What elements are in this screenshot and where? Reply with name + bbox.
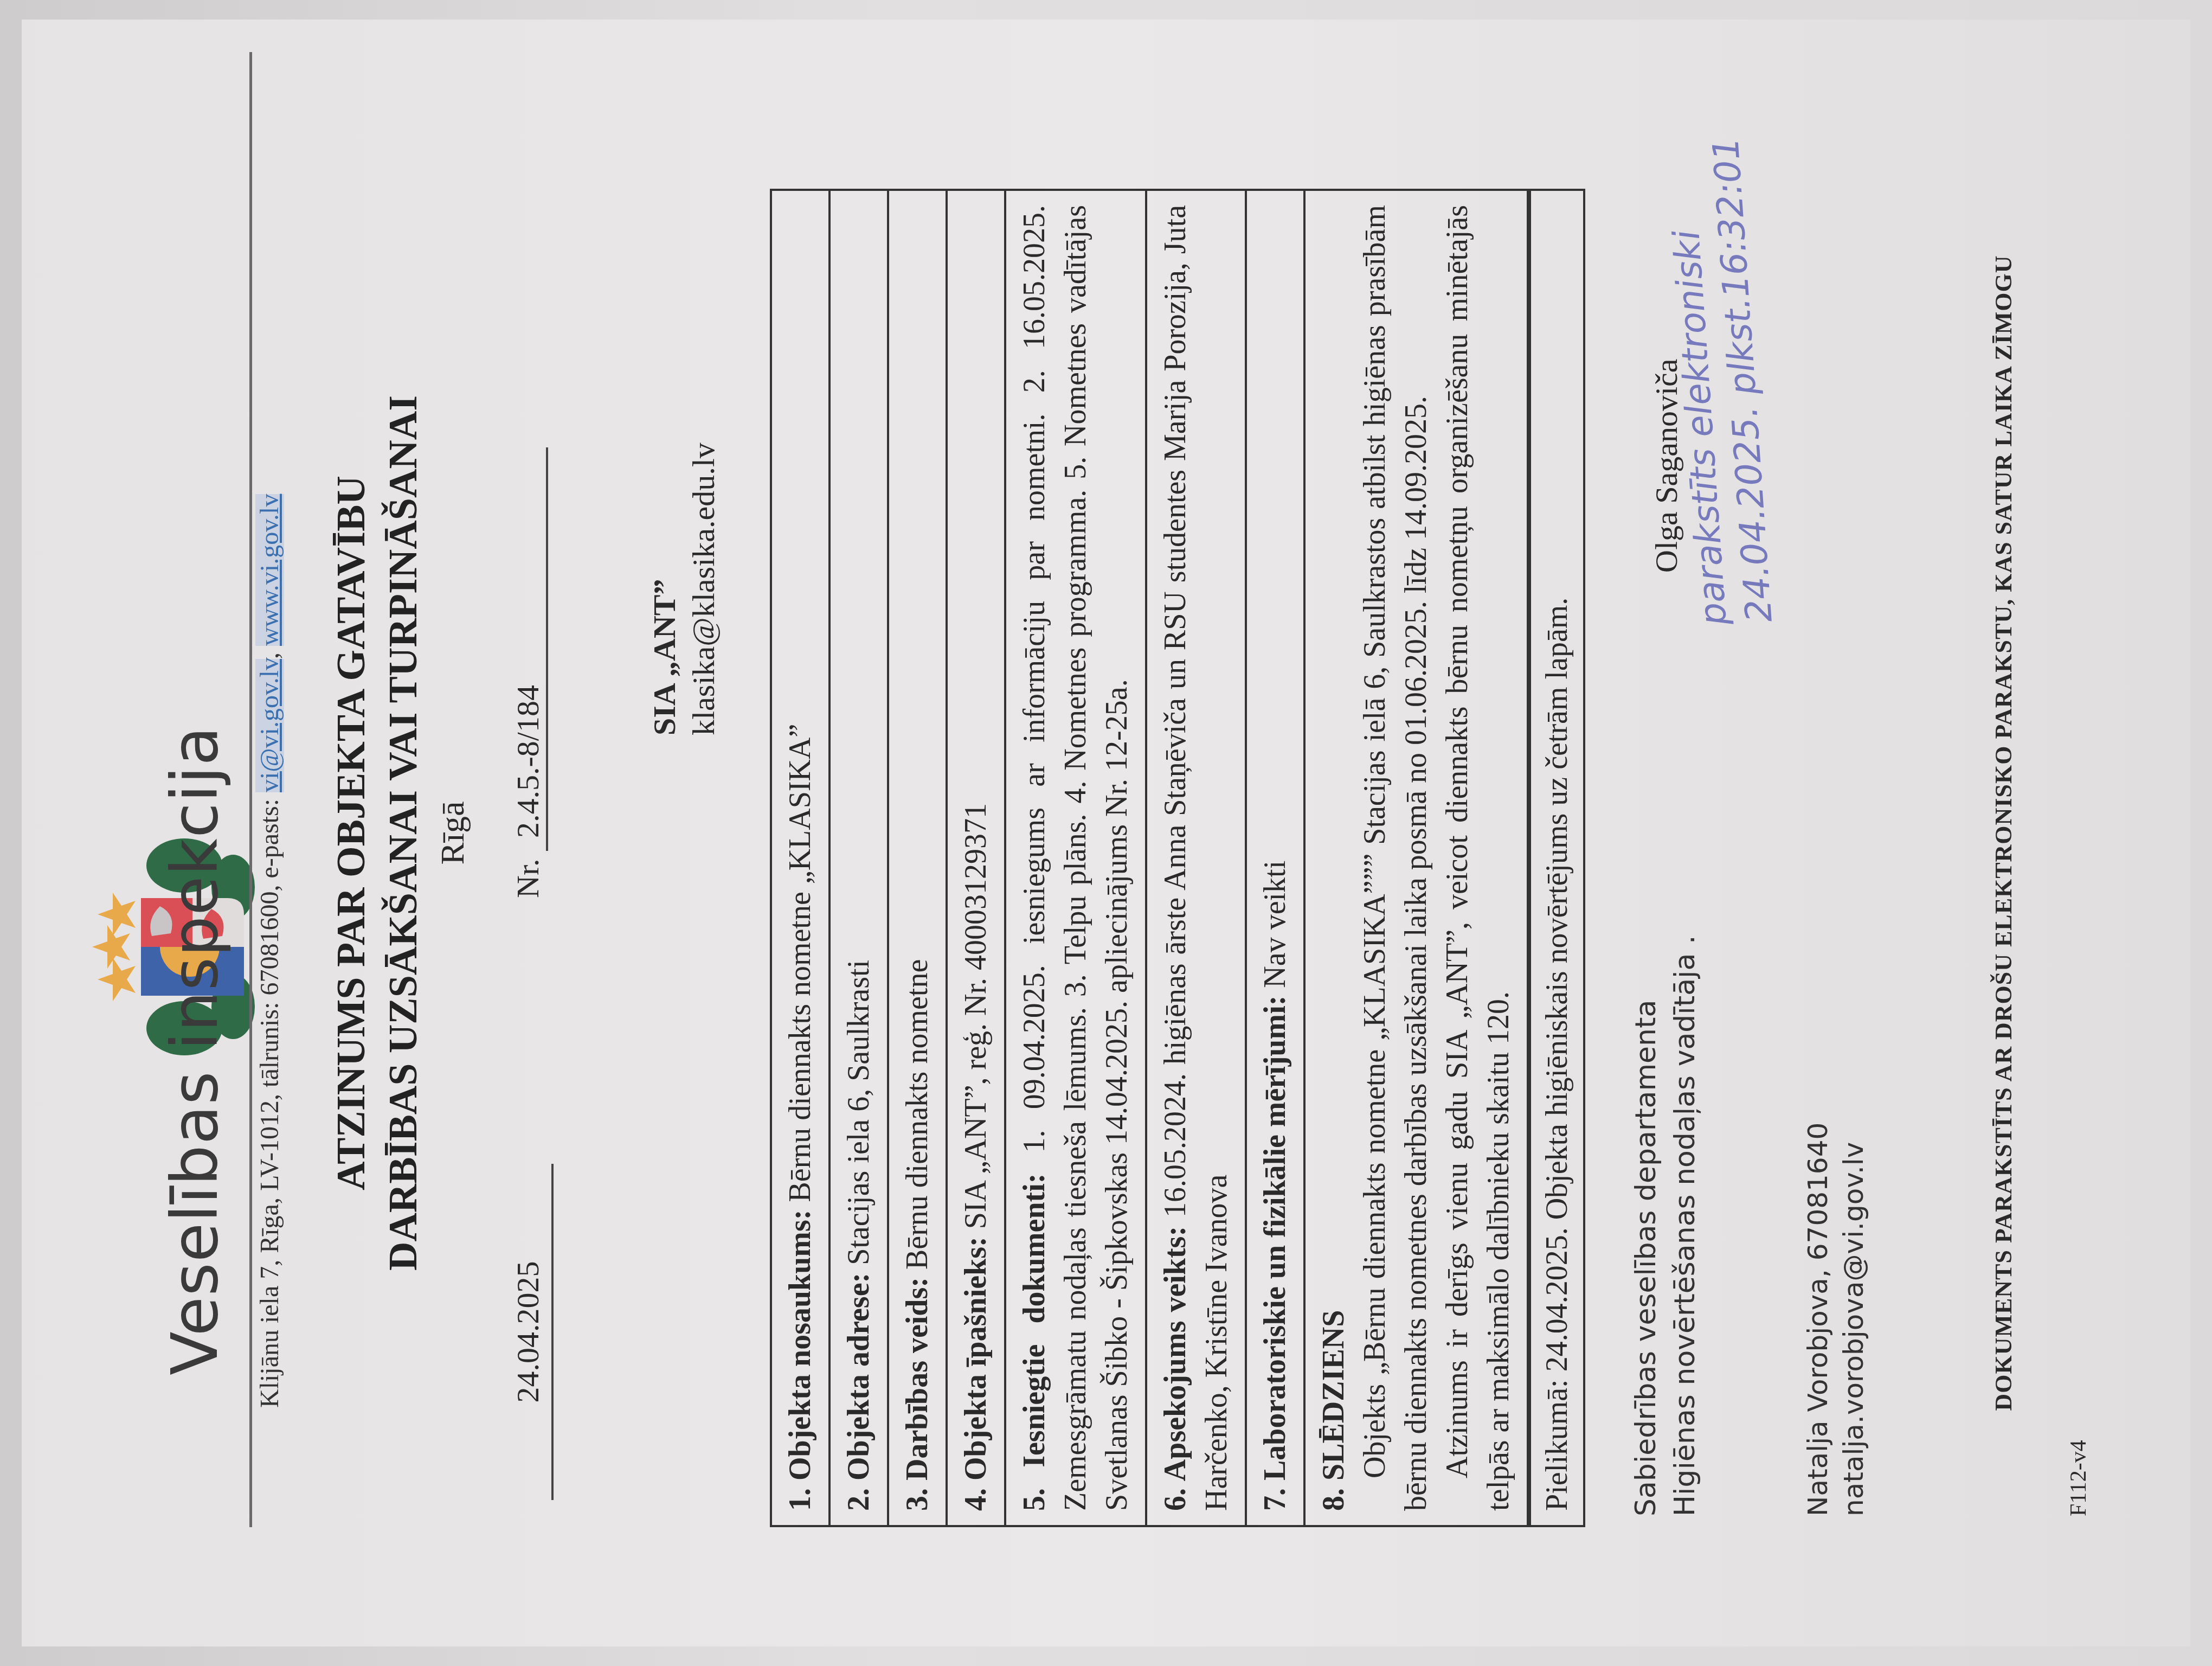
row-label: 6. Apsekojums veikts: [1159, 1226, 1192, 1511]
contact-person: Natalja Vorobjova, 67081640 natalja.voro… [1800, 1123, 1872, 1516]
table-row: 3. Darbības veids: Bērnu diennakts nomet… [889, 191, 948, 1525]
conclusion-heading: 8. SLĒDZIENS [1317, 1310, 1351, 1511]
nr-label: Nr. [510, 859, 545, 899]
row-value: Bērnu diennakts nometne [901, 959, 934, 1277]
nr-value: 2.4.5.-8/184 [510, 447, 548, 851]
row-label: 5. Iesniegtie dokumenti: [1018, 1174, 1051, 1511]
organization-contact-line: Klijānu iela 7, Rīga, LV-1012, tālrunis:… [255, 494, 285, 1408]
organization-name: Veselības inspekcija [157, 726, 232, 1375]
attachment-note: Pielikumā: 24.04.2025. Objekta higiēnisk… [1529, 191, 1583, 1525]
row-label: 2. Objekta adrese: [842, 1273, 876, 1511]
form-code: F112-v4 [2066, 1440, 2092, 1516]
date-underline [551, 1164, 554, 1500]
address-text: Klijānu iela 7, Rīga, LV-1012, tālrunis:… [255, 792, 284, 1408]
contact-email: natalja.vorobjova@vi.gov.lv [1836, 1123, 1872, 1516]
document-date: 24.04.2025 [510, 1164, 554, 1500]
document-city: Rīgā [434, 20, 472, 1646]
assessment-table: 1. Objekta nosaukums: Bērnu diennakts no… [770, 189, 1585, 1527]
separator: , [255, 646, 284, 659]
table-row: 7. Laboratoriskie un fizikālie mērījumi:… [1247, 191, 1306, 1525]
title-line-1: ATZINUMS PAR OBJEKTA GATAVĪBU [325, 20, 377, 1646]
conclusion-paragraph-1: Objekts „Bērnu diennakts nometne „KLASIK… [1354, 205, 1437, 1511]
website-link[interactable]: www.vi.gov.lv [255, 494, 284, 646]
recipient-block: SIA „ANT” klasika@klasika.edu.lv [645, 443, 723, 735]
contact-name-phone: Natalja Vorobjova, 67081640 [1800, 1123, 1836, 1516]
recipient-email: klasika@klasika.edu.lv [684, 443, 723, 735]
table-row: 4. Objekta īpašnieks: SIA „ANT”, reģ. Nr… [948, 191, 1006, 1525]
row-value: Bērnu diennakts nometne „KLASIKA” [783, 724, 817, 1210]
table-row: 2. Objekta adrese: Stacijas iela 6, Saul… [831, 191, 889, 1525]
title-line-2: DARBĪBAS UZSĀKŠANAI VAI TURPINĀŠANAI [377, 20, 429, 1646]
row-label: 7. Laboratoriskie un fizikālie mērījumi: [1258, 996, 1292, 1511]
row-value: Stacijas iela 6, Saulkrasti [842, 960, 876, 1273]
conclusion-paragraph-2: Atzinums ir derīgs vienu gadu SIA „ANT”,… [1437, 205, 1519, 1511]
row-label: 3. Darbības veids: [901, 1277, 934, 1511]
row-label: 1. Objekta nosaukums: [783, 1210, 817, 1511]
table-row: 5. Iesniegtie dokumenti: 1. 09.04.2025. … [1006, 191, 1147, 1525]
position-title: Higiēnas novērtēšanas nodaļas vadītāja . [1666, 935, 1705, 1516]
row-value: Nav veikti [1258, 861, 1292, 996]
row-value: SIA „ANT”, reģ. Nr. 40003129371 [959, 803, 993, 1236]
date-value: 24.04.2025 [510, 1261, 545, 1403]
recipient-name: SIA „ANT” [645, 443, 684, 735]
row-label: 4. Objekta īpašnieks: [959, 1236, 993, 1511]
document-title: ATZINUMS PAR OBJEKTA GATAVĪBU DARBĪBAS U… [325, 20, 429, 1646]
table-row: 6. Apsekojums veikts: 16.05.2024. higiēn… [1147, 191, 1247, 1525]
department-name: Sabiedrības veselības departamenta [1626, 935, 1666, 1516]
header-divider [249, 52, 252, 1527]
document-page: Veselības inspekcija Klijānu iela 7, Rīg… [22, 20, 2190, 1646]
conclusion-row: 8. SLĒDZIENS Objekts „Bērnu diennakts no… [1306, 191, 1529, 1525]
signer-position: Sabiedrības veselības departamenta Higiē… [1626, 935, 1705, 1516]
document-number: Nr. 2.4.5.-8/184 [510, 447, 548, 898]
e-signature-note: DOKUMENTS PARAKSTĪTS AR DROŠU ELEKTRONIS… [1990, 20, 2017, 1646]
table-row: 1. Objekta nosaukums: Bērnu diennakts no… [772, 191, 831, 1525]
email-link[interactable]: vi@vi.gov.lv [255, 659, 284, 792]
